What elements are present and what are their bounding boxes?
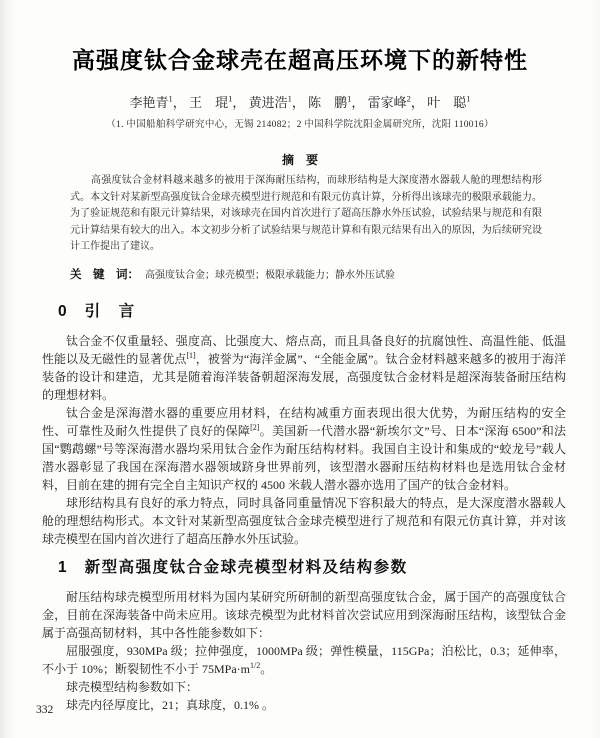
section1-body: 耐压结构球壳模型所用材料为国内某研究所研制的新型高强度钛合金，属于国产的高强度钛… bbox=[0, 588, 600, 714]
author: 叶 聪1 bbox=[427, 95, 470, 110]
author-separator: ， bbox=[411, 95, 424, 110]
paragraph: 耐压结构球壳模型所用材料为国内某研究所研制的新型高强度钛合金，属于国产的高强度钛… bbox=[42, 588, 566, 642]
author-name: 黄进浩 bbox=[249, 95, 288, 110]
paragraph: 屈服强度，930MPa 级；拉伸强度，1000MPa 级；弹性模量，115GPa… bbox=[42, 642, 566, 678]
section-heading-model-parameters: 1新型高强度钛合金球壳模型材料及结构参数 bbox=[58, 555, 600, 577]
author-name: 李艳青 bbox=[130, 95, 169, 110]
author-separator: ， bbox=[351, 95, 364, 110]
paragraph: 钛合金不仅重量轻、强度高、比强度大、熔点高，而且具备良好的抗腐蚀性、高温性能、低… bbox=[42, 332, 566, 404]
author: 陈 鹏1， bbox=[308, 95, 364, 110]
section-title: 新型高强度钛合金球壳模型材料及结构参数 bbox=[85, 559, 408, 576]
author-name: 王 琨 bbox=[189, 95, 228, 110]
authors-line: 李艳青1， 王 琨1， 黄进浩1， 陈 鹏1， 雷家峰2， 叶 聪1 bbox=[0, 92, 600, 111]
paragraph: 球壳内径厚度比，21；真球度，0.1% 。 bbox=[42, 696, 566, 714]
author: 李艳青1， bbox=[130, 95, 186, 110]
author-separator: ， bbox=[173, 95, 186, 110]
abstract-text: 高强度钛合金材料越来越多的被用于深海耐压结构，而球形结构是大深度潜水器载人舱的理… bbox=[70, 173, 542, 256]
page-number: 332 bbox=[36, 704, 53, 716]
paper-page: 高强度钛合金球壳在超高压环境下的新特性 李艳青1， 王 琨1， 黄进浩1， 陈 … bbox=[0, 0, 600, 738]
paragraph: 钛合金是深海潜水器的重要应用材料，在结构减重方面表现出很大优势，为耐压结构的安全… bbox=[42, 404, 566, 494]
author: 王 琨1， bbox=[189, 95, 245, 110]
section-number: 1 bbox=[58, 559, 67, 576]
author-separator: ， bbox=[232, 95, 245, 110]
keywords-line: 关 键 词：高强度钛合金；球壳模型；极限承载能力；静水外压试验 bbox=[70, 266, 542, 282]
abstract-label: 摘 要 bbox=[0, 151, 600, 168]
author-separator: ， bbox=[292, 95, 305, 110]
keywords-text: 高强度钛合金；球壳模型；极限承载能力；静水外压试验 bbox=[145, 270, 395, 281]
paper-title: 高强度钛合金球壳在超高压环境下的新特性 bbox=[0, 0, 600, 75]
paragraph: 球形结构具有良好的承力特点，同时具备同重量情况下容积最大的特点，是大深度潜水器载… bbox=[42, 494, 566, 548]
author: 雷家峰2， bbox=[368, 95, 424, 110]
author-name: 雷家峰 bbox=[368, 95, 407, 110]
keywords-label: 关 键 词： bbox=[70, 269, 139, 281]
introduction-body: 钛合金不仅重量轻、强度高、比强度大、熔点高，而且具备良好的抗腐蚀性、高温性能、低… bbox=[0, 332, 600, 548]
author: 黄进浩1， bbox=[249, 95, 305, 110]
section-heading-introduction: 0引 言 bbox=[58, 299, 600, 321]
section-number: 0 bbox=[58, 303, 67, 320]
author-name: 叶 聪 bbox=[427, 95, 466, 110]
paragraph: 球壳模型结构参数如下： bbox=[42, 678, 566, 696]
author-name: 陈 鹏 bbox=[308, 95, 347, 110]
section-title: 引 言 bbox=[85, 303, 136, 320]
author-superscript: 1 bbox=[466, 94, 470, 104]
affiliation-line: （1. 中国船舶科学研究中心，无锡 214082；2 中国科学院沈阳金属研究所，… bbox=[0, 116, 600, 130]
